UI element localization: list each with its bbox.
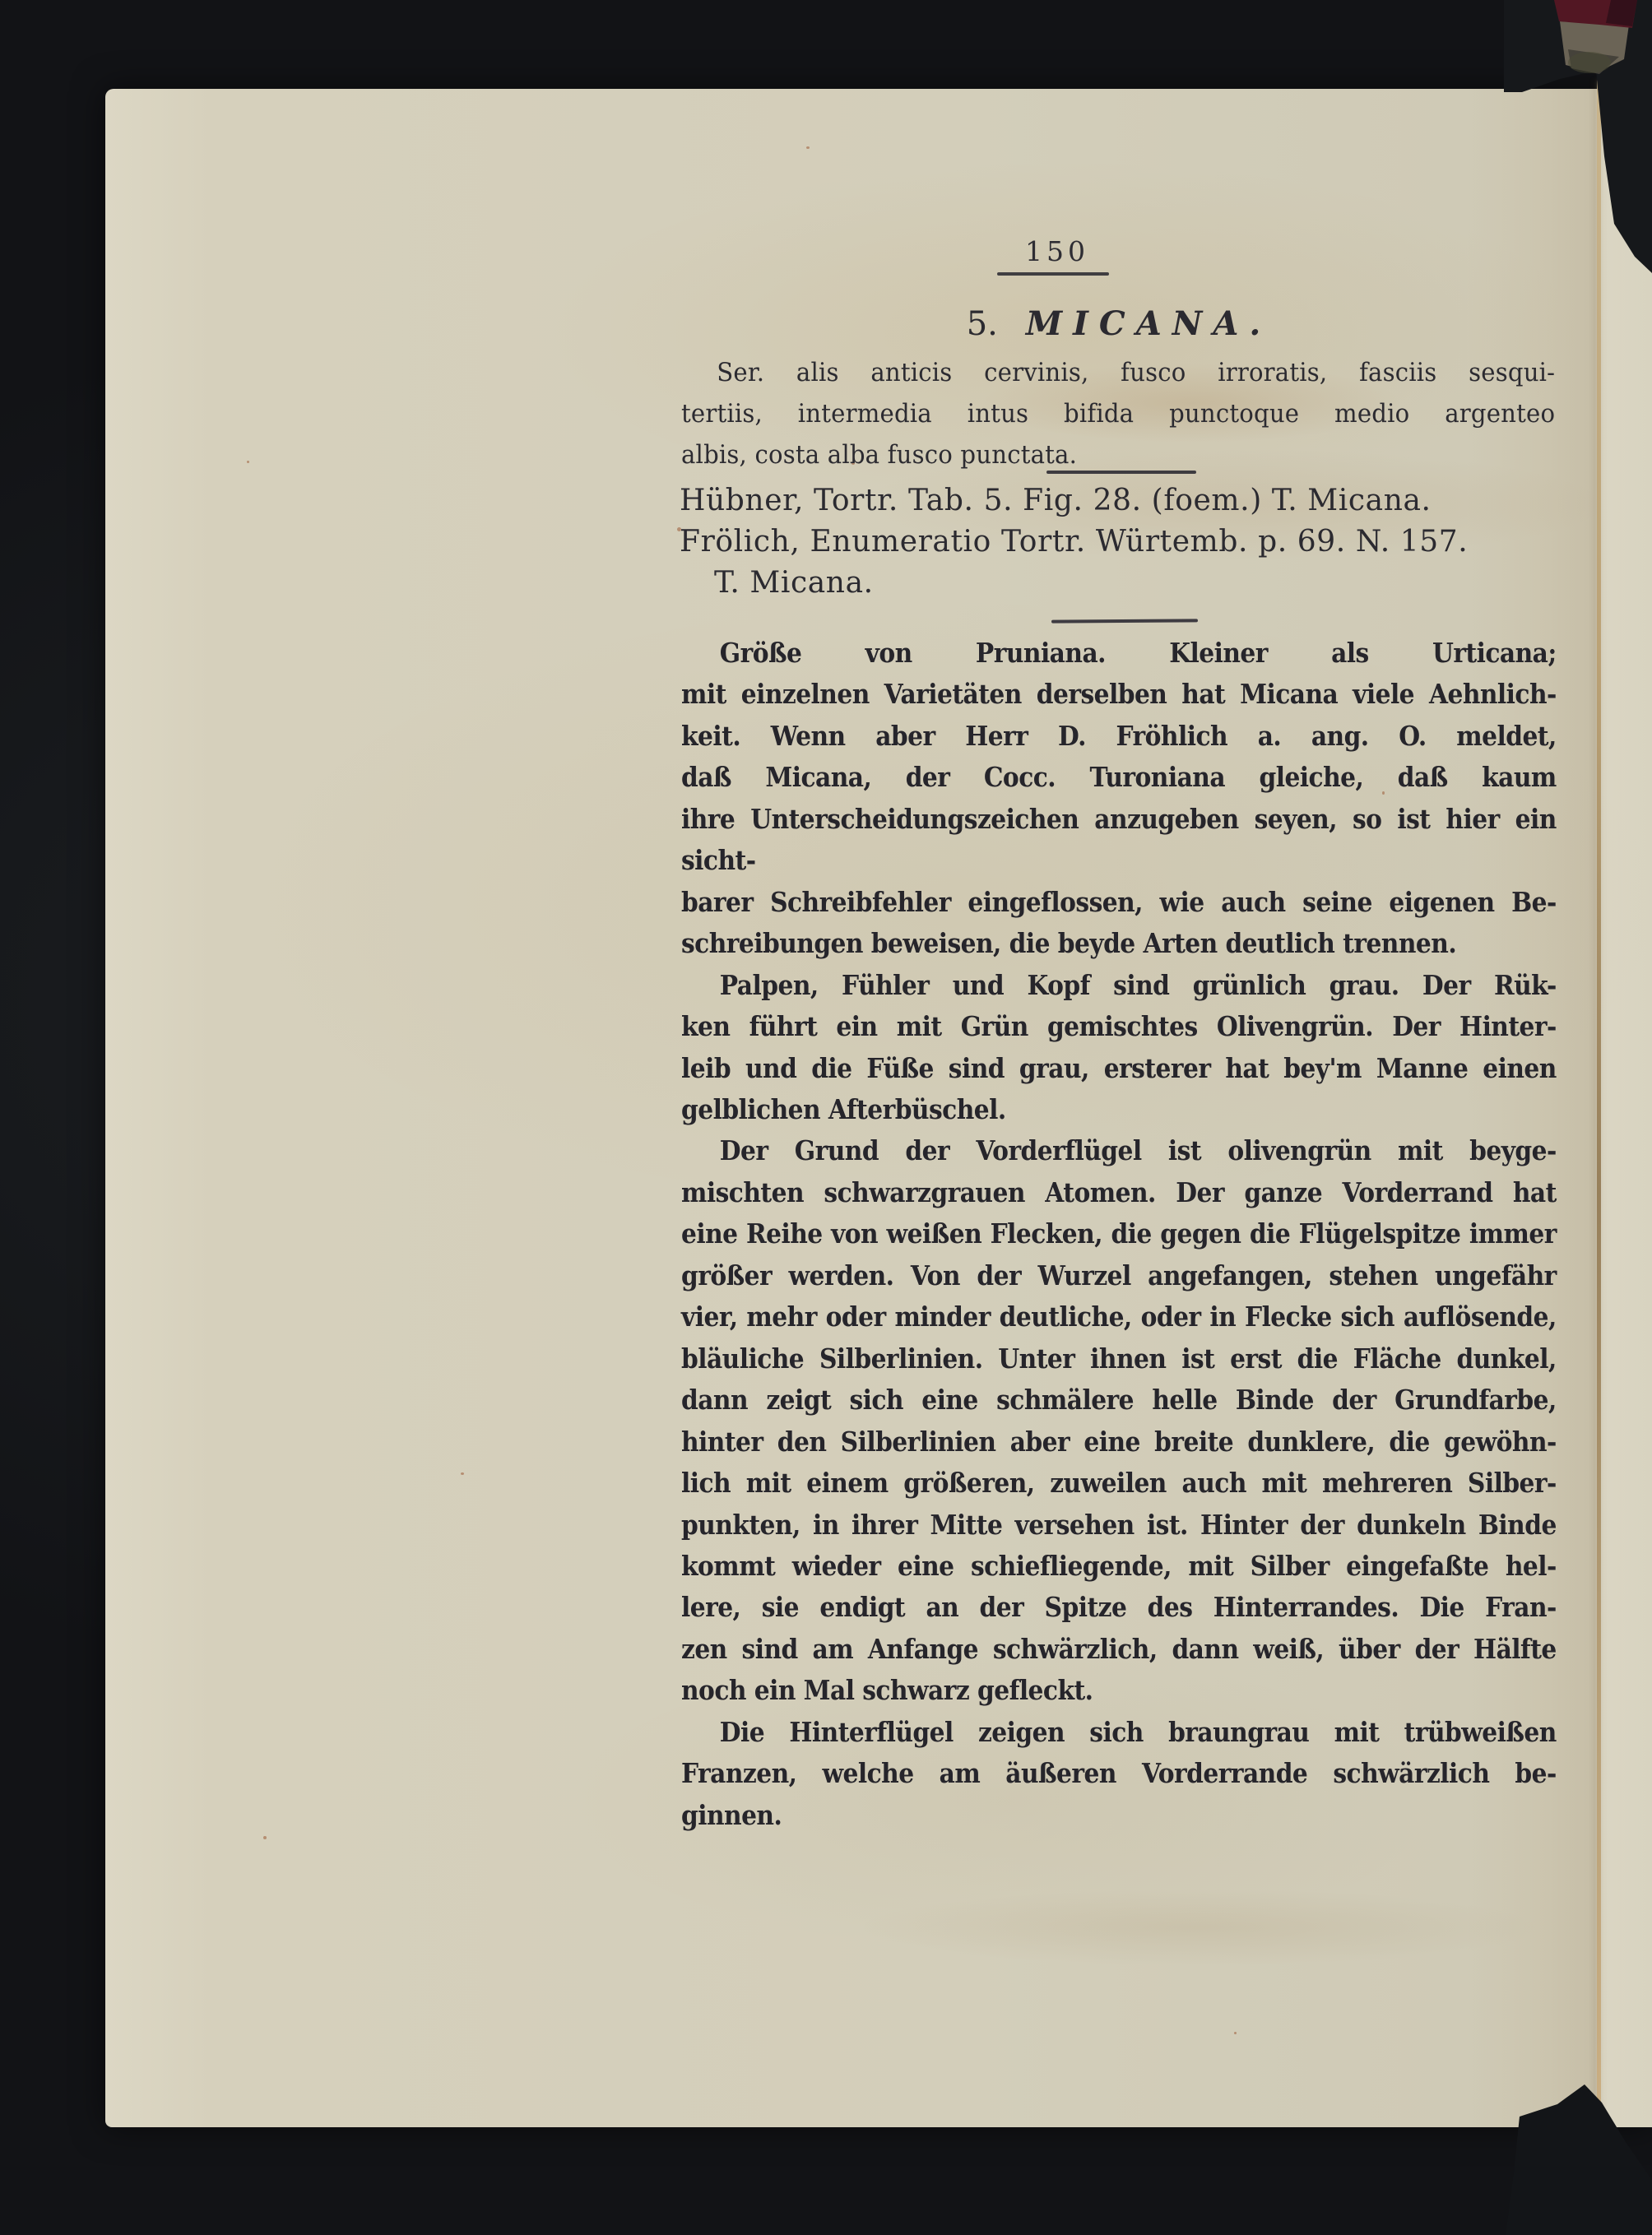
paper-speck (806, 146, 810, 149)
reference-line: Hübner, Tortr. Tab. 5. Fig. 28. (foem.) … (680, 480, 1576, 522)
paper-speck (461, 1472, 464, 1475)
body-line: ken führt ein mit Grün gemischtes Oliven… (681, 1006, 1557, 1047)
paper-speck (247, 461, 249, 463)
body-line: keit. Wenn aber Herr D. Fröhlich a. ang.… (681, 716, 1557, 757)
body-line: lich mit einem größeren, zuweilen auch m… (681, 1463, 1557, 1504)
book-headband-shadow (1568, 49, 1619, 74)
paper-speck (1234, 2032, 1237, 2034)
latin-line: Ser. alis anticis cervinis, fusco irrora… (681, 352, 1555, 393)
body-line: mischten schwarzgrauen Atomen. Der ganze… (681, 1172, 1557, 1213)
body-line: noch ein Mal schwarz gefleckt. (681, 1670, 1557, 1711)
body-line: Palpen, Fühler und Kopf sind grünlich gr… (681, 965, 1557, 1006)
reference-line: Frölich, Enumeratio Tortr. Würtemb. p. 6… (680, 522, 1576, 563)
reference-line: T. Micana. (680, 563, 1576, 604)
body-line: eine Reihe von weißen Flecken, die gegen… (681, 1213, 1557, 1254)
scanned-book-photo: 150 5.MICANA. Ser. alis anticis cervinis… (0, 0, 1652, 2235)
latin-line: albis, costa alba fusco punctata. (681, 434, 1555, 475)
body-line: barer Schreibfehler eingeflossen, wie au… (681, 882, 1557, 923)
paper-speck (263, 1836, 267, 1839)
section-rule (1046, 471, 1196, 474)
bookmark-ribbon-shadow (1606, 0, 1637, 26)
latin-line: tertiis, intermedia intus bifida punctoq… (681, 393, 1555, 434)
gutter-crease (1597, 79, 1601, 2104)
body-line: gelblichen Afterbüschel. (681, 1089, 1557, 1130)
body-line: hinter den Silberlinien aber eine breite… (681, 1421, 1557, 1463)
latin-diagnosis: Ser. alis anticis cervinis, fusco irrora… (681, 352, 1555, 475)
body-line: bläuliche Silberlinien. Unter ihnen ist … (681, 1338, 1557, 1379)
body-line: ihre Unterscheidungszeichen anzugeben se… (681, 799, 1557, 882)
species-number: 5. (967, 305, 998, 343)
species-heading: 5.MICANA. (681, 304, 1557, 349)
book-headband-tint (1568, 52, 1611, 73)
body-line: punkten, in ihrer Mitte versehen ist. Hi… (681, 1505, 1557, 1546)
body-line: dann zeigt sich eine schmälere helle Bin… (681, 1379, 1557, 1421)
body-line: mit einzelnen Varietäten derselben hat M… (681, 674, 1557, 715)
body-line: größer werden. Von der Wurzel angefangen… (681, 1255, 1557, 1296)
show-through-stain (796, 1882, 1603, 1973)
body-line: vier, mehr oder minder deutliche, oder i… (681, 1296, 1557, 1338)
body-line: kommt wieder eine schiefliegende, mit Si… (681, 1546, 1557, 1587)
body-line: zen sind am Anfange schwärzlich, dann we… (681, 1629, 1557, 1670)
book-headband (1560, 21, 1629, 72)
body-line: daß Micana, der Cocc. Turoniana gleiche,… (681, 757, 1557, 798)
body-line: Größe von Pruniana. Kleiner als Urticana… (681, 633, 1557, 674)
body-line: Franzen, welche am äußeren Vorderrande s… (681, 1753, 1557, 1794)
description-text: Größe von Pruniana. Kleiner als Urticana… (681, 633, 1557, 1836)
bookmark-ribbon (1554, 0, 1637, 28)
body-line: leib und die Füße sind grau, ersterer ha… (681, 1048, 1557, 1089)
body-line: Der Grund der Vorderflügel ist olivengrü… (681, 1130, 1557, 1171)
species-title: MICANA. (1026, 304, 1271, 343)
body-line: Die Hinterflügel zeigen sich braungrau m… (681, 1712, 1557, 1753)
body-line: ginnen. (681, 1795, 1557, 1836)
body-line: schreibungen beweisen, die beyde Arten d… (681, 923, 1557, 964)
body-line: lere, sie endigt an der Spitze des Hinte… (681, 1587, 1557, 1628)
page-number-rule (997, 272, 1109, 276)
page-number: 150 (971, 235, 1144, 267)
references-block: Hübner, Tortr. Tab. 5. Fig. 28. (foem.) … (680, 480, 1576, 604)
